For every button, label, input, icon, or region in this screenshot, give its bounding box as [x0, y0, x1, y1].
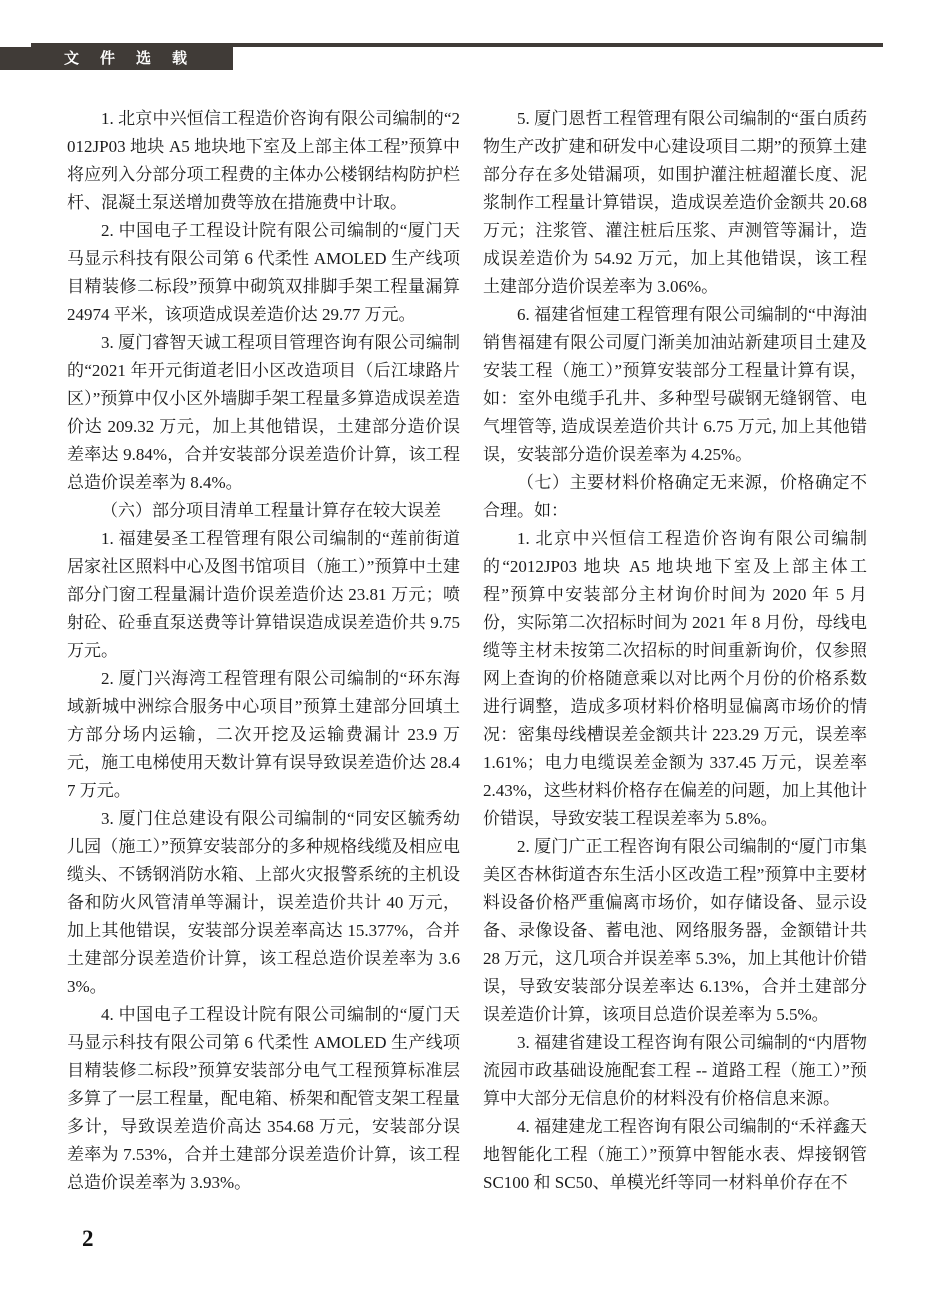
paragraph: 4. 福建建龙工程咨询有限公司编制的“禾祥鑫天地智能化工程（施工）”预算中智能水…	[483, 1113, 867, 1197]
paragraph: 1. 北京中兴恒信工程造价咨询有限公司编制的“2012JP03 地块 A5 地块…	[483, 525, 867, 833]
paragraph: 1. 北京中兴恒信工程造价咨询有限公司编制的“2012JP03 地块 A5 地块…	[67, 105, 460, 217]
section-header-bar: 文件选载	[0, 47, 233, 70]
paragraph: 1. 福建晏圣工程管理有限公司编制的“莲前街道居家社区照料中心及图书馆项目（施工…	[67, 525, 460, 665]
paragraph: （七）主要材料价格确定无来源，价格确定不合理。如：	[483, 469, 867, 525]
text-column-left: 1. 北京中兴恒信工程造价咨询有限公司编制的“2012JP03 地块 A5 地块…	[67, 105, 460, 1197]
section-header-title: 文件选载	[0, 47, 233, 70]
paragraph: 2. 厦门兴海湾工程管理有限公司编制的“环东海域新城中洲综合服务中心项目”预算土…	[67, 665, 460, 805]
text-columns: 1. 北京中兴恒信工程造价咨询有限公司编制的“2012JP03 地块 A5 地块…	[67, 105, 867, 1197]
paragraph: 2. 厦门广正工程咨询有限公司编制的“厦门市集美区杏林街道杏东生活小区改造工程”…	[483, 833, 867, 1029]
text-column-right: 5. 厦门恩哲工程管理有限公司编制的“蛋白质药物生产改扩建和研发中心建设项目二期…	[483, 105, 867, 1197]
paragraph: （六）部分项目清单工程量计算存在较大误差	[67, 497, 460, 525]
page-number: 2	[82, 1226, 94, 1252]
paragraph: 3. 厦门住总建设有限公司编制的“同安区毓秀幼儿园（施工）”预算安装部分的多种规…	[67, 805, 460, 1001]
paragraph: 4. 中国电子工程设计院有限公司编制的“厦门天马显示科技有限公司第 6 代柔性 …	[67, 1001, 460, 1197]
paragraph: 2. 中国电子工程设计院有限公司编制的“厦门天马显示科技有限公司第 6 代柔性 …	[67, 217, 460, 329]
document-page: 文件选载 1. 北京中兴恒信工程造价咨询有限公司编制的“2012JP03 地块 …	[0, 0, 950, 1290]
paragraph: 3. 厦门睿智天诚工程项目管理咨询有限公司编制的“2021 年开元街道老旧小区改…	[67, 329, 460, 497]
paragraph: 5. 厦门恩哲工程管理有限公司编制的“蛋白质药物生产改扩建和研发中心建设项目二期…	[483, 105, 867, 301]
paragraph: 6. 福建省恒建工程管理有限公司编制的“中海油销售福建有限公司厦门渐美加油站新建…	[483, 301, 867, 469]
paragraph: 3. 福建省建设工程咨询有限公司编制的“内厝物流园市政基础设施配套工程 -- 道…	[483, 1029, 867, 1113]
